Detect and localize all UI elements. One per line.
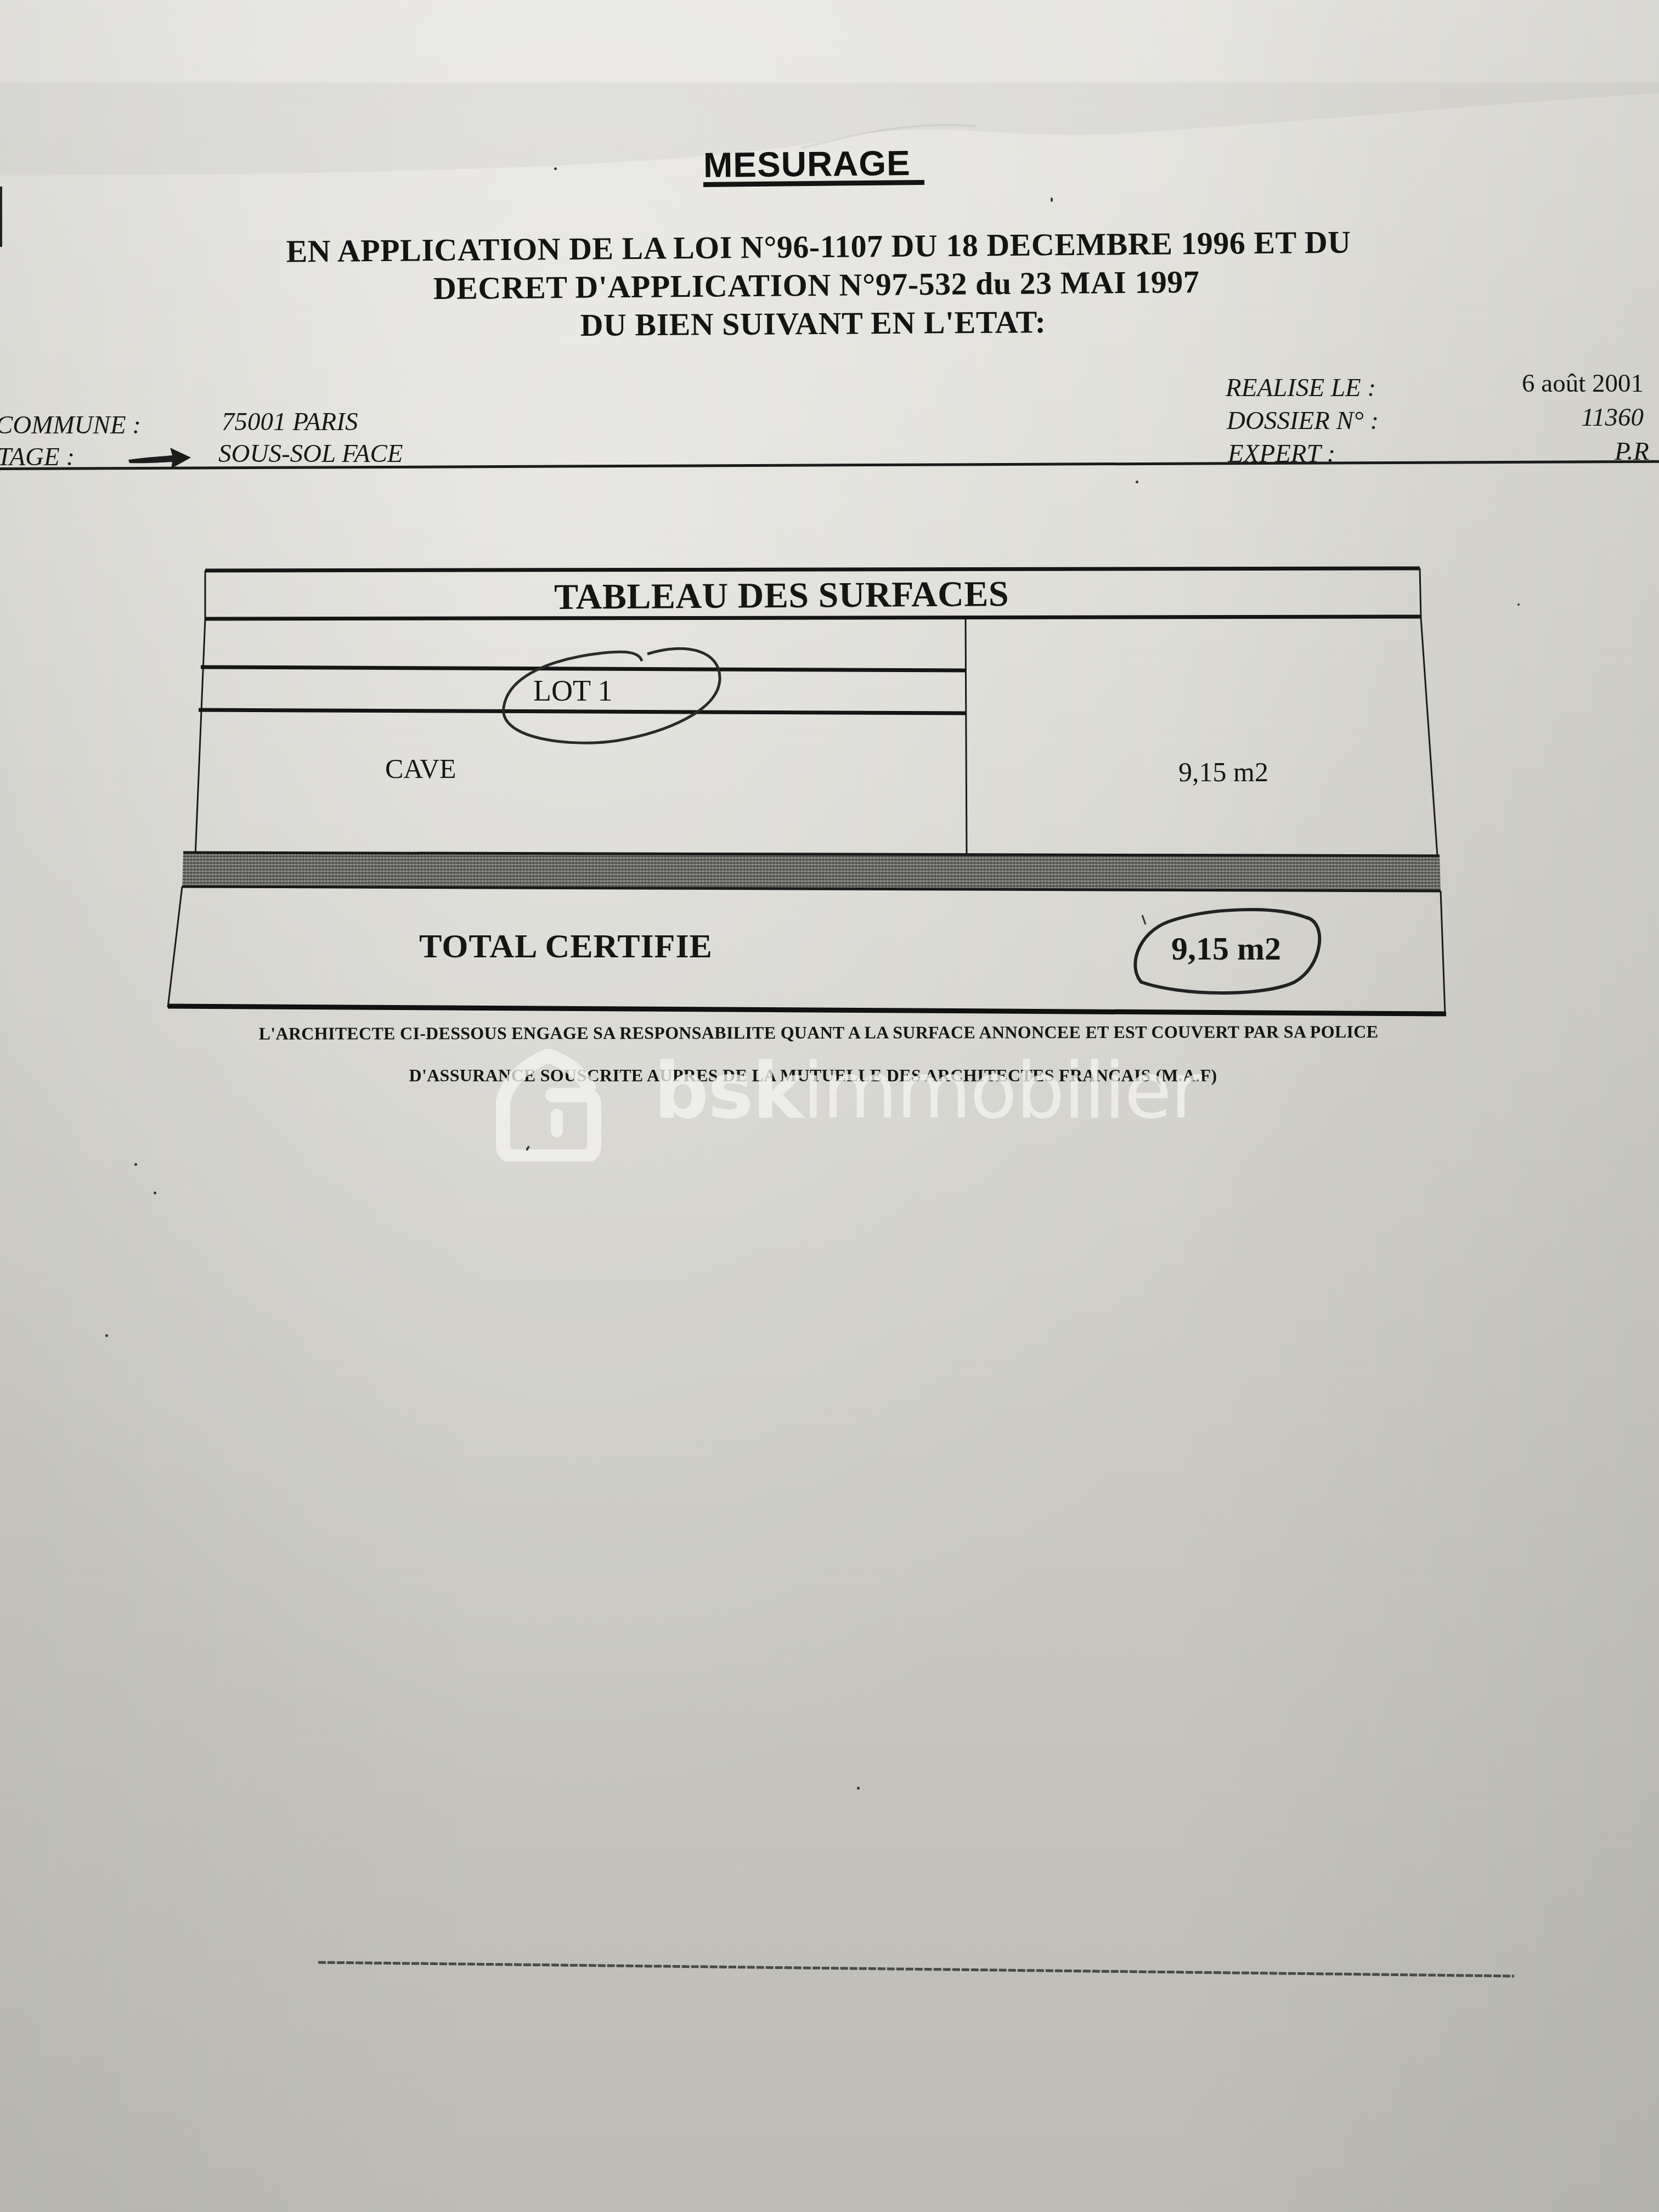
dossier-label: DOSSIER N° : <box>1227 406 1379 436</box>
dossier-value: 11360 <box>1581 403 1644 432</box>
paper-speck <box>1051 198 1053 202</box>
realise-le-value: 6 août 2001 <box>1522 369 1644 398</box>
realise-le-label: REALISE LE : <box>1226 373 1376 403</box>
etage-value: SOUS-SOL FACE <box>218 439 403 469</box>
bsk-watermark: bskimmobilier <box>491 1049 1171 1167</box>
paper-speck <box>1517 603 1520 606</box>
disclaimer-line-1: L'ARCHITECTE CI-DESSOUS ENGAGE SA RESPON… <box>0 1021 1648 1044</box>
room-area: 9,15 m2 <box>1178 756 1268 788</box>
room-name: CAVE <box>385 753 456 785</box>
commune-label: COMMUNE : <box>0 410 141 440</box>
bsk-watermark-text: bskimmobilier <box>654 1053 1201 1130</box>
paper-speck <box>857 1787 860 1790</box>
document-title: MESURAGE <box>703 143 911 185</box>
lot-label: LOT 1 <box>533 674 613 708</box>
total-value: 9,15 m2 <box>1171 930 1281 968</box>
surface-table-title: TABLEAU DES SURFACES <box>554 573 1009 618</box>
paper-speck <box>105 1334 108 1337</box>
paper-speck <box>134 1163 137 1166</box>
total-label: TOTAL CERTIFIE <box>419 927 713 966</box>
paper-speck <box>1136 481 1138 483</box>
paper-speck <box>554 167 557 170</box>
paper-speck <box>154 1192 156 1194</box>
bsk-house-logo-icon <box>491 1049 606 1161</box>
arrow-right-icon <box>127 445 192 470</box>
commune-value: 75001 PARIS <box>222 407 358 437</box>
